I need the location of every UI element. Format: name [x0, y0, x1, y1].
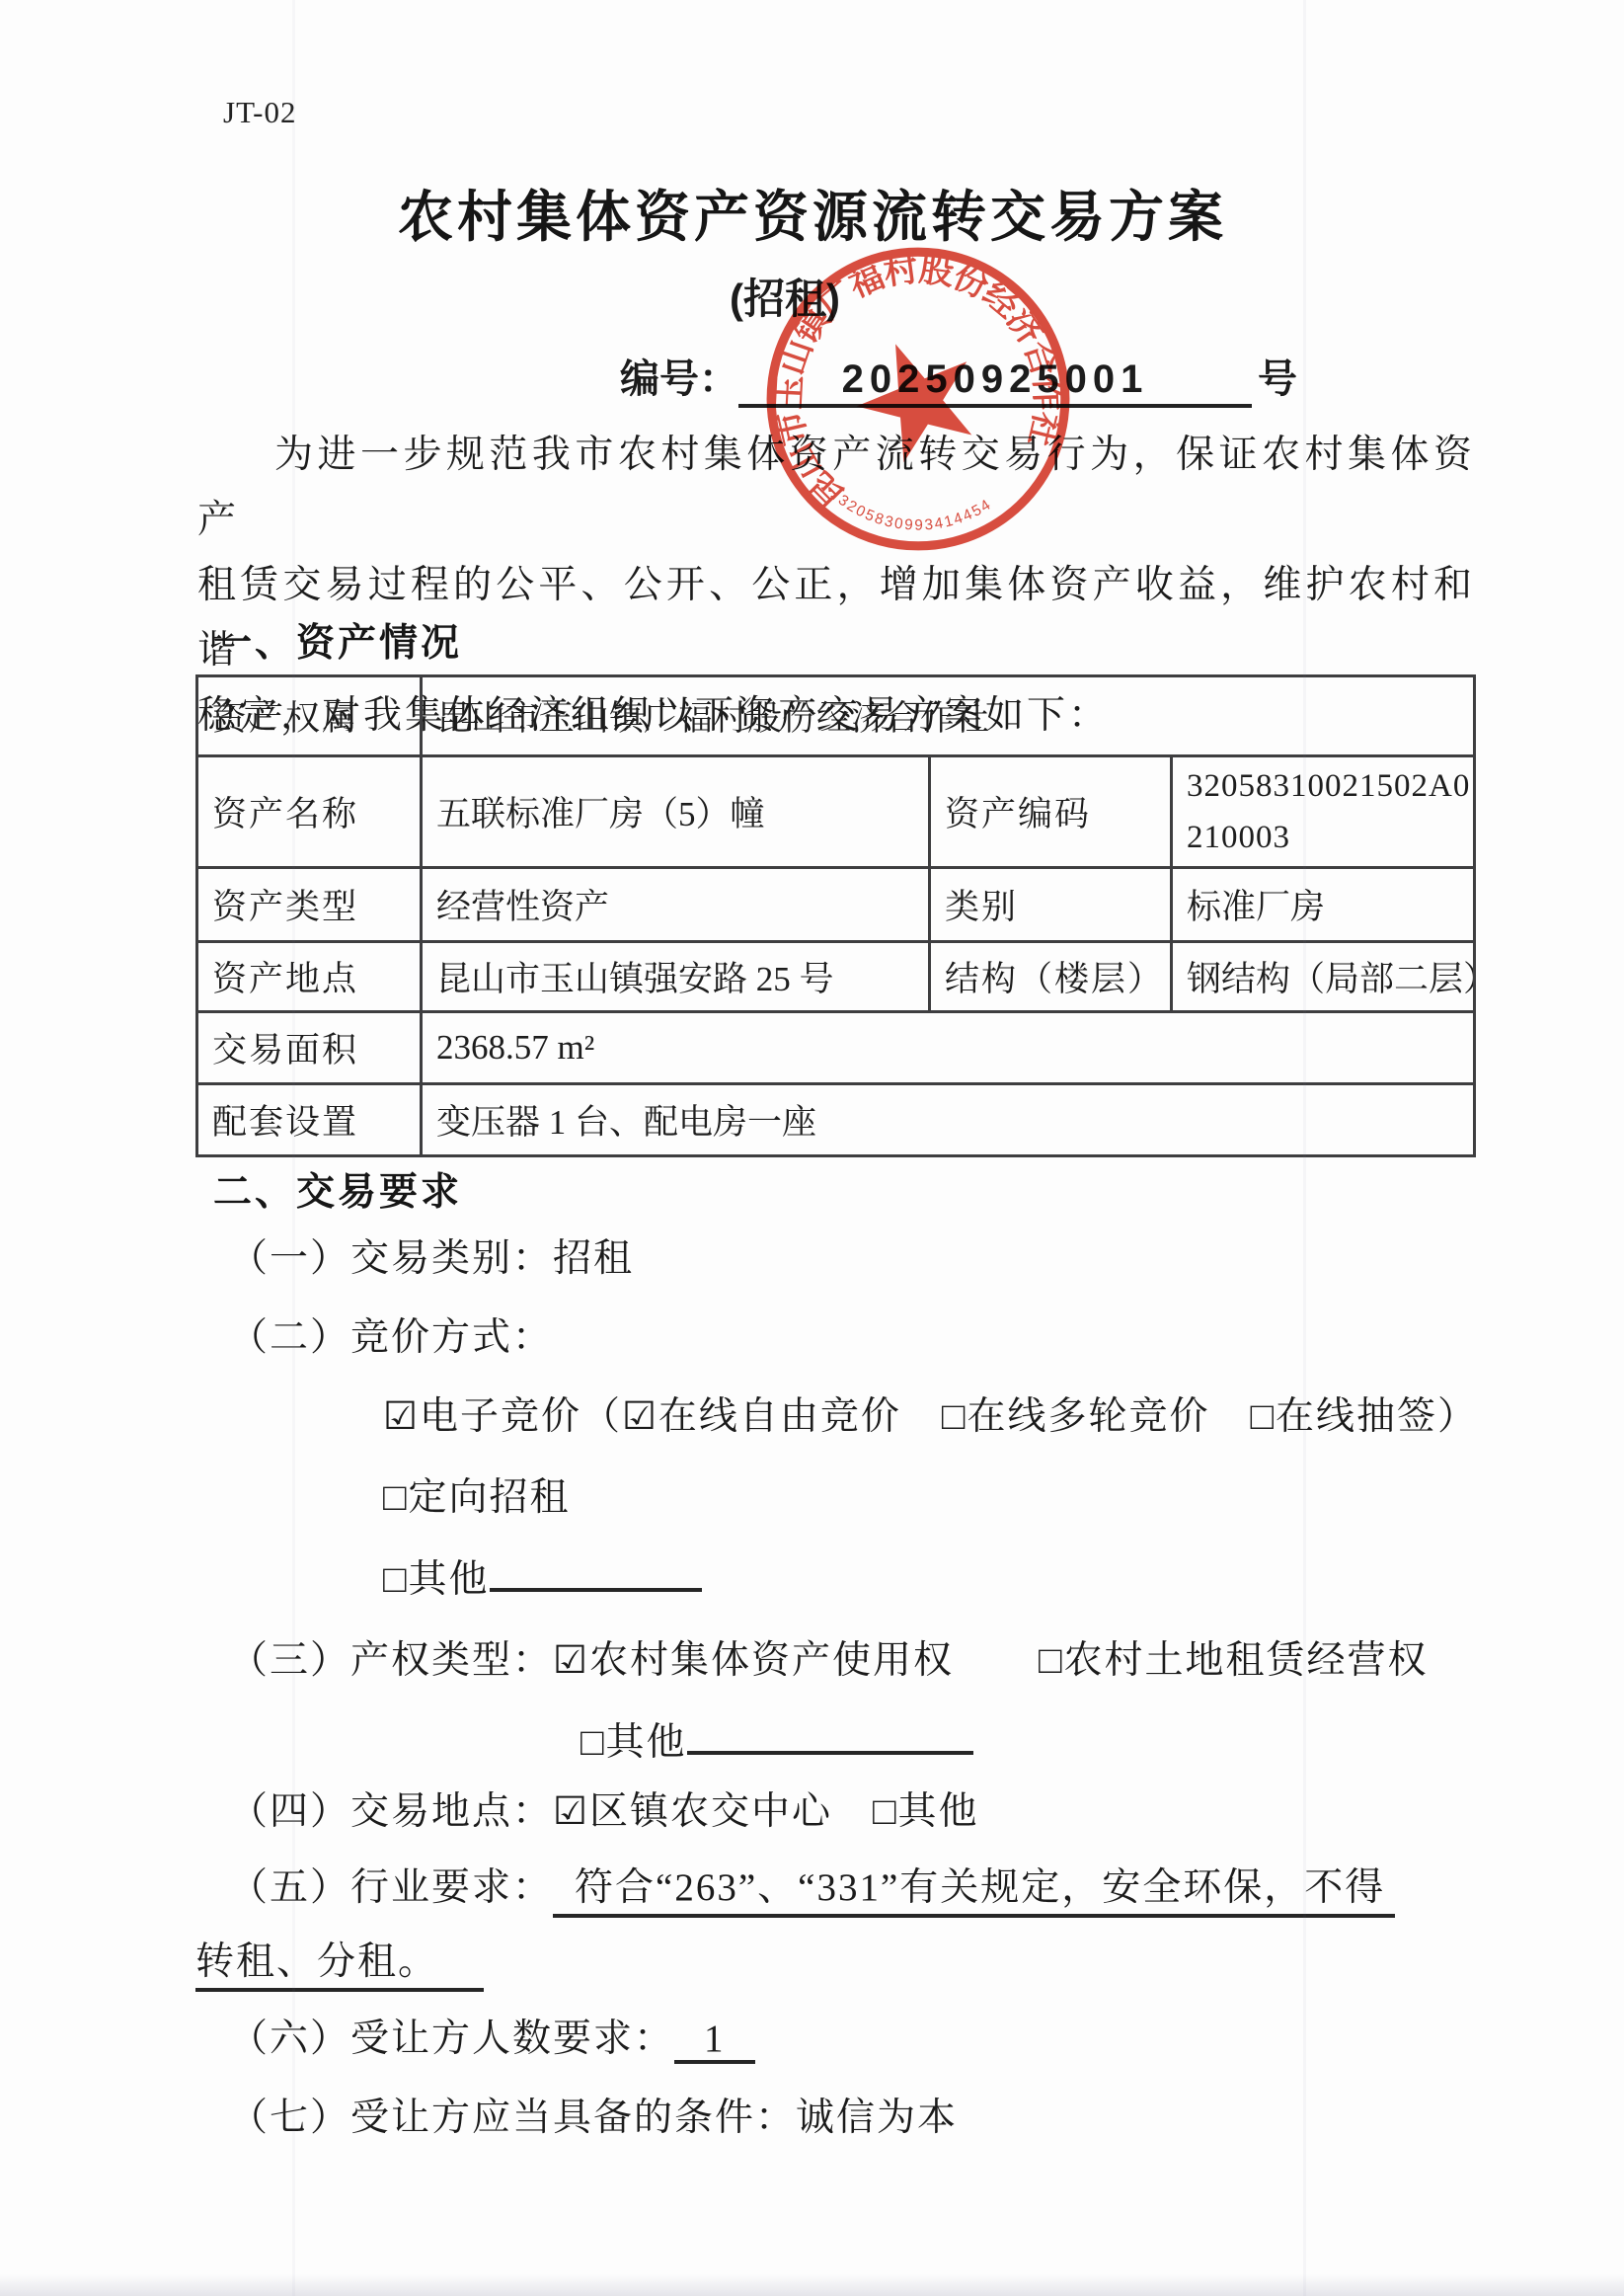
item-trade-category: （一）交易类别：招租	[229, 1232, 634, 1286]
svg-text:3205830993414454: 3205830993414454	[832, 457, 997, 555]
asset-code-value: 32058310021502A0120 210003	[1172, 756, 1475, 868]
asset-owner-label: 资产权属	[197, 676, 422, 756]
seal-star	[840, 322, 992, 471]
asset-structure-label: 结构（楼层）	[930, 942, 1172, 1012]
document-page: JT-02 农村集体资产资源流转交易方案 (招租) 编号：20250925001…	[0, 0, 1624, 2296]
item-transferee-count: （六）受让方人数要求：1	[229, 2013, 755, 2066]
item-property-right-type: （三）产权类型：☑农村集体资产使用权□农村土地租赁经营权	[229, 1634, 1429, 1688]
property-right-other-blank	[687, 1713, 973, 1755]
industry-requirement-value-line2-wrap: 转租、分租。	[195, 1936, 484, 1989]
bidding-option-electronic: ☑电子竞价（☑在线自由竞价 □在线多轮竞价 □在线抽签）	[383, 1390, 1478, 1444]
asset-owner-value: 昆山市玉山镇广福村股份经济合作社	[422, 676, 1475, 756]
section-2-heading: 二、交易要求	[213, 1161, 462, 1217]
asset-code-label: 资产编码	[930, 756, 1172, 868]
property-right-label: （三）产权类型：	[229, 1639, 553, 1682]
asset-facilities-label: 配套设置	[197, 1084, 422, 1156]
table-row: 资产名称 五联标准厂房（5）幢 资产编码 32058310021502A0120…	[197, 756, 1475, 868]
asset-location-label: 资产地点	[197, 942, 422, 1012]
bidding-option-other-label: □其他	[383, 1558, 490, 1601]
page-title: 农村集体资产资源流转交易方案	[176, 174, 1449, 253]
form-code: JT-02	[223, 95, 296, 130]
asset-code-value-line1: 32058310021502A0120	[1187, 760, 1467, 812]
bidding-option-directed: □定向招租	[383, 1471, 571, 1525]
asset-area-value: 2368.57 m²	[422, 1012, 1475, 1084]
section-1-heading: 一、资产情况	[213, 612, 462, 668]
item-bidding-method-label: （二）竞价方式：	[229, 1311, 553, 1365]
scan-artifact-streak	[1303, 0, 1306, 2296]
scan-artifact-bottom	[0, 2274, 1624, 2296]
table-row: 配套设置 变压器 1 台、配电房一座	[197, 1084, 1475, 1156]
property-right-option-asset-use: ☑农村集体资产使用权	[553, 1639, 954, 1682]
asset-category-value: 标准厂房	[1172, 868, 1475, 942]
asset-type-value: 经营性资产	[422, 868, 930, 942]
scan-artifact-streak	[292, 0, 295, 2296]
item-industry-requirement: （五）行业要求：符合“263”、“331”有关规定，安全环保，不得	[229, 1861, 1395, 1915]
table-row: 资产权属 昆山市玉山镇广福村股份经济合作社	[197, 676, 1475, 756]
bidding-option-other: □其他	[383, 1550, 702, 1607]
asset-structure-value: 钢结构（局部二层）	[1172, 942, 1475, 1012]
item-transferee-conditions: （七）受让方应当具备的条件：诚信为本	[229, 2092, 958, 2145]
table-row: 资产类型 经营性资产 类别 标准厂房	[197, 868, 1475, 942]
seal-code-text: 3205830993414454	[832, 457, 997, 555]
asset-table: 资产权属 昆山市玉山镇广福村股份经济合作社 资产名称 五联标准厂房（5）幢 资产…	[195, 674, 1476, 1157]
doc-number-suffix: 号	[1258, 357, 1297, 401]
asset-category-label: 类别	[930, 868, 1172, 942]
property-right-other-label: □其他	[580, 1721, 687, 1764]
asset-name-label: 资产名称	[197, 756, 422, 868]
asset-location-value: 昆山市玉山镇强安路 25 号	[422, 942, 930, 1012]
transferee-count-value: 1	[674, 2018, 755, 2064]
item-trade-location: （四）交易地点：☑区镇农交中心 □其他	[229, 1785, 979, 1839]
property-right-option-land-lease: □农村土地租赁经营权	[1039, 1639, 1429, 1682]
bidding-option-other-blank	[490, 1550, 702, 1592]
asset-code-value-line2: 210003	[1187, 812, 1467, 863]
industry-requirement-value-line1: 符合“263”、“331”有关规定，安全环保，不得	[553, 1866, 1395, 1918]
asset-area-label: 交易面积	[197, 1012, 422, 1084]
asset-facilities-value: 变压器 1 台、配电房一座	[422, 1084, 1475, 1156]
doc-number-label: 编号：	[620, 357, 738, 401]
transferee-count-label: （六）受让方人数要求：	[229, 2018, 674, 2060]
industry-requirement-label: （五）行业要求：	[229, 1866, 553, 1909]
property-right-option-other: □其他	[580, 1713, 973, 1770]
industry-requirement-value-line2: 转租、分租。	[195, 1940, 484, 1992]
asset-name-value: 五联标准厂房（5）幢	[422, 756, 930, 868]
table-row: 资产地点 昆山市玉山镇强安路 25 号 结构（楼层） 钢结构（局部二层）	[197, 942, 1475, 1012]
asset-type-label: 资产类型	[197, 868, 422, 942]
table-row: 交易面积 2368.57 m²	[197, 1012, 1475, 1084]
